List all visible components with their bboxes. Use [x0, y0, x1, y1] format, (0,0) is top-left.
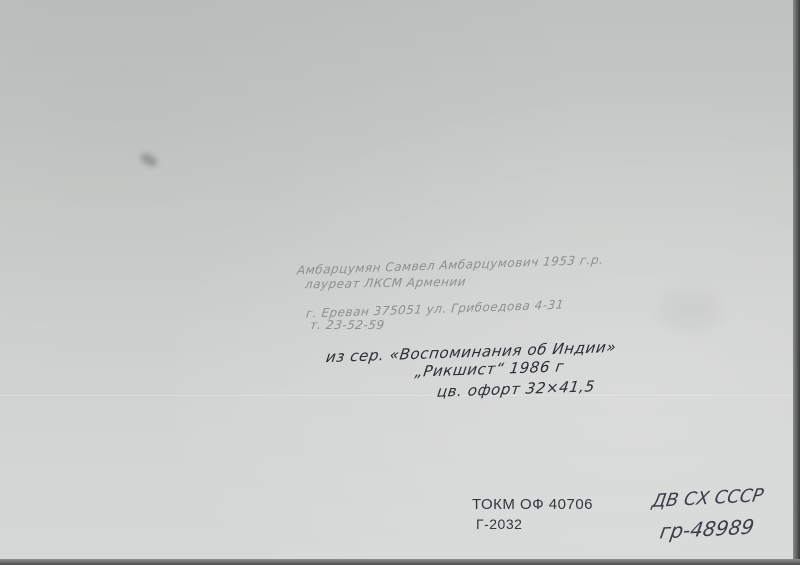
- bottom-edge-shadow: [0, 559, 800, 565]
- paper-sheet: Амбарцумян Самвел Амбарцумович 1953 г.р.…: [0, 0, 793, 559]
- registry-number: гр-48989: [658, 514, 756, 543]
- ink-line-title-year: „Рикшист“ 1986 г: [414, 357, 565, 380]
- stain-mark: [139, 151, 160, 169]
- right-edge-shadow: [793, 0, 800, 565]
- inventory-code: Г-2032: [476, 516, 522, 532]
- fold-line: [0, 395, 793, 397]
- pencil-line-award: лауреат ЛКСМ Армении: [304, 275, 467, 292]
- faint-stain: [660, 290, 720, 330]
- registry-org: ДВ СХ СССР: [650, 485, 765, 512]
- pencil-line-phone: т. 23-52-59: [309, 318, 386, 332]
- ink-line-technique-size: цв. офорт 32×41,5: [436, 377, 596, 401]
- inventory-number: ТОКМ ОФ 40706: [472, 496, 593, 513]
- pencil-line-artist-name: Амбарцумян Самвел Амбарцумович 1953 г.р.: [296, 253, 604, 278]
